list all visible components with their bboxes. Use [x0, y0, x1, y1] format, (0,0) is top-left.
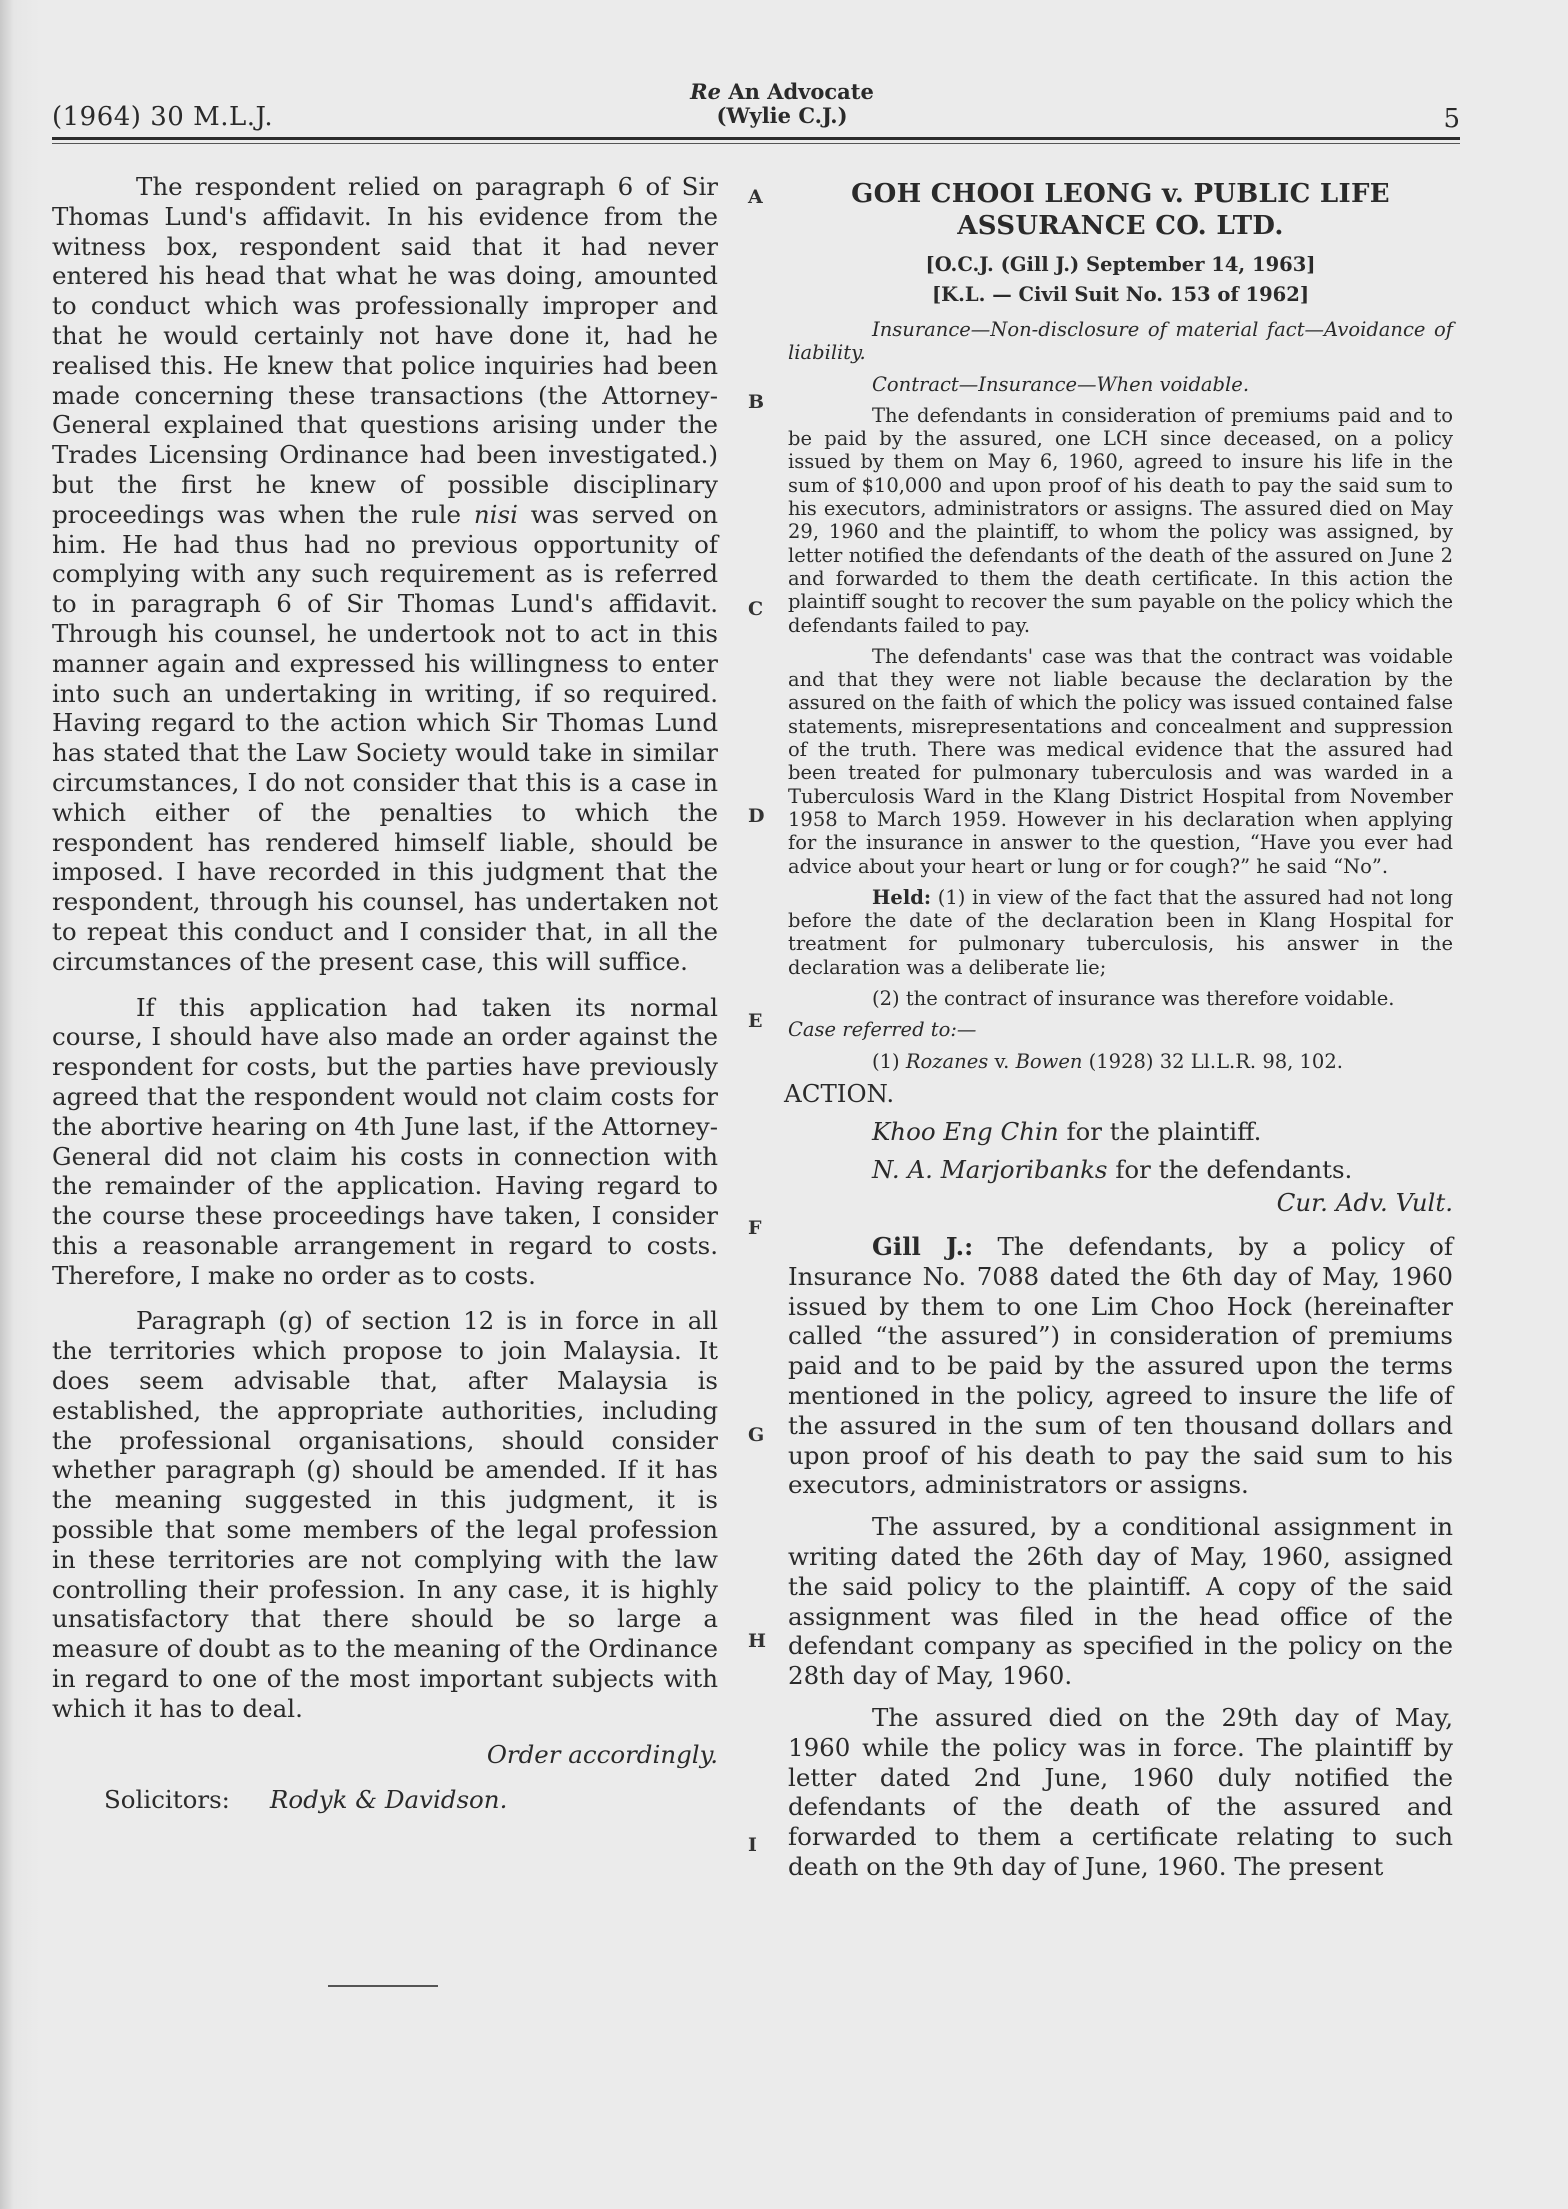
running-title-text: An Advocate	[728, 79, 874, 104]
law-report-page: (1964) 30 M.L.J. Re An Advocate (Wylie C…	[0, 0, 1568, 2209]
action-heading: ACTION.	[784, 1079, 1453, 1109]
judge-label: Gill J.:	[872, 1232, 973, 1261]
margin-letter-e: E	[748, 1010, 762, 1032]
header-rule-thick	[52, 137, 1460, 140]
running-judge: (Wylie C.J.)	[662, 104, 902, 128]
margin-letter-a: A	[748, 186, 763, 208]
margin-letter-d: D	[748, 805, 764, 827]
end-of-case-divider	[328, 1985, 438, 1987]
headnote-paragraph: The defendants in consideration of premi…	[788, 404, 1453, 637]
running-title: Re An Advocate (Wylie C.J.)	[662, 80, 902, 128]
paragraph: If this application had taken its normal…	[52, 993, 718, 1291]
catchword: Insurance—Non-disclosure of material fac…	[788, 318, 1453, 365]
court-line: [O.C.J. (Gill J.) September 14, 1963]	[788, 250, 1453, 280]
catchword: Contract—Insurance—When voidable.	[788, 373, 1453, 396]
held-label: Held:	[872, 886, 931, 909]
header-rule-thin	[52, 143, 1460, 144]
paragraph: Paragraph (g) of section 12 is in force …	[52, 1306, 718, 1723]
counsel-line: N. A. Marjoribanks for the defendants.	[788, 1155, 1453, 1185]
margin-letter-h: H	[748, 1630, 766, 1652]
paragraph: The respondent relied on paragraph 6 of …	[52, 172, 718, 977]
margin-letter-f: F	[748, 1217, 762, 1239]
case-reference: (1) Rozanes v. Bowen (1928) 32 Ll.L.R. 9…	[788, 1050, 1453, 1073]
held-paragraph: (2) the contract of insurance was theref…	[788, 987, 1453, 1010]
citation: (1964) 30 M.L.J.	[52, 102, 273, 132]
running-title-prefix: Re	[690, 79, 721, 104]
left-column: The respondent relied on paragraph 6 of …	[52, 172, 718, 1815]
order-line: Order accordingly.	[52, 1740, 718, 1770]
margin-letter-b: B	[748, 391, 764, 413]
suit-line: [K.L. — Civil Suit No. 153 of 1962]	[788, 280, 1453, 310]
case-title: GOH CHOOI LEONG v. PUBLIC LIFE ASSURANCE…	[788, 178, 1453, 242]
case-referred-label: Case referred to:—	[788, 1018, 1453, 1041]
judgment-paragraph: The assured, by a conditional assignment…	[788, 1512, 1453, 1691]
solicitors-line: Solicitors:Rodyk & Davidson.	[52, 1785, 718, 1815]
judgment-paragraph: The assured died on the 29th day of May,…	[788, 1703, 1453, 1882]
margin-letter-i: I	[748, 1834, 757, 1856]
held-paragraph: Held: (1) in view of the fact that the a…	[788, 886, 1453, 979]
court-info: [O.C.J. (Gill J.) September 14, 1963] [K…	[788, 250, 1453, 310]
headnote-paragraph: The defendants' case was that the contra…	[788, 645, 1453, 878]
counsel-line: Khoo Eng Chin for the plaintiff.	[788, 1117, 1453, 1147]
solicitors-firm: Rodyk & Davidson.	[270, 1785, 507, 1814]
running-header: (1964) 30 M.L.J. Re An Advocate (Wylie C…	[52, 80, 1460, 140]
cur-adv-vult: Cur. Adv. Vult.	[788, 1188, 1453, 1218]
page-number: 5	[1443, 104, 1460, 134]
solicitors-label: Solicitors:	[104, 1785, 230, 1815]
margin-letter-g: G	[748, 1424, 764, 1446]
right-column: GOH CHOOI LEONG v. PUBLIC LIFE ASSURANCE…	[788, 178, 1453, 1882]
judgment-paragraph: Gill J.: The defendants, by a policy of …	[788, 1232, 1453, 1500]
margin-letter-c: C	[748, 598, 763, 620]
